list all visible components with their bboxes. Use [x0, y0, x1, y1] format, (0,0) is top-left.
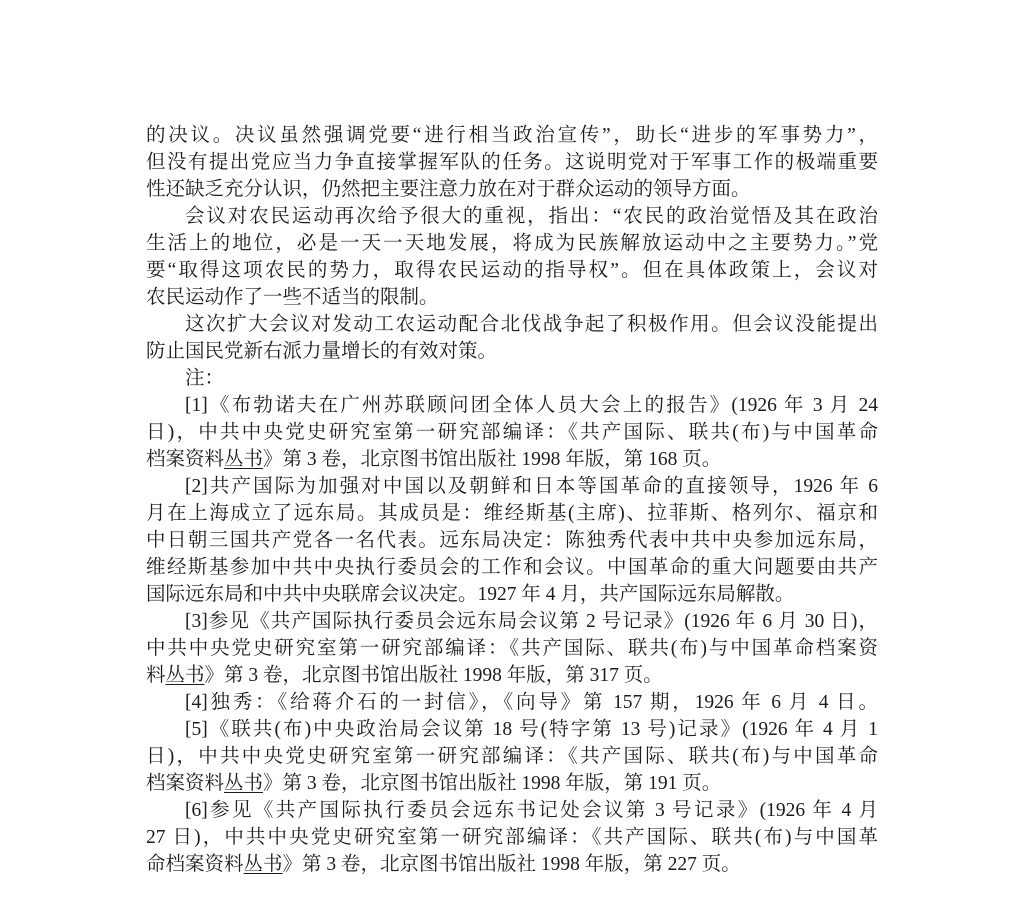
text-line: [1]《布勃诺夫在广州苏联顾问团全体人员大会上的报告》(1926 年 3 月 2… — [146, 392, 878, 419]
text-line: 日)，中共中央党史研究室第一研究部编译：《共产国际、联共(布)与中国革命 — [146, 419, 878, 446]
text-segment: 》第 3 卷，北京图书馆出版社 1998 年版，第 317 页。 — [205, 665, 663, 686]
text-segment: [1]《布勃诺夫在广州苏联顾问团全体人员大会上的报告》(1926 年 3 月 2… — [185, 395, 878, 416]
text-line: [3]参见《共产国际执行委员会远东局会议第 2 号记录》(1926 年 6 月 … — [146, 608, 878, 635]
document-page: 的决议。决议虽然强调党要“进行相当政治宣传”，助长“进步的军事势力”，但没有提出… — [0, 0, 1024, 904]
text-segment: [3]参见《共产国际执行委员会远东局会议第 2 号记录》(1926 年 6 月 … — [185, 611, 878, 632]
text-segment: 》第 3 卷，北京图书馆出版社 1998 年版，第 227 页。 — [283, 854, 741, 875]
text-segment: 生活上的地位，必是一天一天地发展，将成为民族解放运动中之主要势力。”党 — [146, 233, 878, 254]
text-segment: 日)，中共中央党史研究室第一研究部编译：《共产国际、联共(布)与中国革命 — [146, 746, 878, 767]
text-line: 性还缺乏充分认识，仍然把主要注意力放在对于群众运动的领导方面。 — [146, 176, 878, 203]
text-line: 月在上海成立了远东局。其成员是：维经斯基(主席)、拉菲斯、格列尔、福京和 — [146, 500, 878, 527]
series-name-underlined: 丛书 — [244, 854, 283, 875]
text-segment: 日)，中共中央党史研究室第一研究部编译：《共产国际、联共(布)与中国革命 — [146, 422, 878, 443]
text-segment: [4]独秀：《给蒋介石的一封信》，《向导》第 157 期，1926 年 6 月 … — [185, 692, 878, 713]
text-segment: 国际远东局和中共中央联席会议决定。1927 年 4 月，共产国际远东局解散。 — [146, 584, 794, 605]
text-segment: 注： — [185, 368, 224, 389]
text-line: 档案资料丛书》第 3 卷，北京图书馆出版社 1998 年版，第 191 页。 — [146, 770, 878, 797]
text-segment: 月在上海成立了远东局。其成员是：维经斯基(主席)、拉菲斯、格列尔、福京和 — [146, 503, 878, 524]
text-segment: 料 — [146, 665, 166, 686]
text-segment: 档案资料 — [146, 773, 224, 794]
text-line: 27 日)，中共中央党史研究室第一研究部编译：《共产国际、联共(布)与中国革 — [146, 824, 878, 851]
text-segment: 性还缺乏充分认识，仍然把主要注意力放在对于群众运动的领导方面。 — [146, 179, 751, 200]
text-segment: [2]共产国际为加强对中国以及朝鲜和日本等国革命的直接领导，1926 年 6 — [185, 476, 878, 497]
text-segment: 但没有提出党应当力争直接掌握军队的任务。这说明党对于军事工作的极端重要 — [146, 152, 878, 173]
text-line: 要“取得这项农民的势力，取得农民运动的指导权”。但在具体政策上，会议对 — [146, 257, 878, 284]
text-segment: 》第 3 卷，北京图书馆出版社 1998 年版，第 168 页。 — [263, 449, 721, 470]
text-line: 国际远东局和中共中央联席会议决定。1927 年 4 月，共产国际远东局解散。 — [146, 581, 878, 608]
series-name-underlined: 丛书 — [166, 665, 205, 686]
text-line: [4]独秀：《给蒋介石的一封信》，《向导》第 157 期，1926 年 6 月 … — [146, 689, 878, 716]
text-segment: 农民运动作了一些不适当的限制。 — [146, 287, 439, 308]
text-line: 日)，中共中央党史研究室第一研究部编译：《共产国际、联共(布)与中国革命 — [146, 743, 878, 770]
text-line: 农民运动作了一些不适当的限制。 — [146, 284, 878, 311]
text-segment: 》第 3 卷，北京图书馆出版社 1998 年版，第 191 页。 — [263, 773, 721, 794]
text-segment: [6]参见《共产国际执行委员会远东书记处会议第 3 号记录》(1926 年 4 … — [185, 800, 878, 821]
text-segment: 维经斯基参加中共中央执行委员会的工作和会议。中国革命的重大问题要由共产 — [146, 557, 878, 578]
text-line: 这次扩大会议对发动工农运动配合北伐战争起了积极作用。但会议没能提出 — [146, 311, 878, 338]
text-segment: 命档案资料 — [146, 854, 244, 875]
text-segment: 档案资料 — [146, 449, 224, 470]
text-line: [2]共产国际为加强对中国以及朝鲜和日本等国革命的直接领导，1926 年 6 — [146, 473, 878, 500]
text-segment: 这次扩大会议对发动工农运动配合北伐战争起了积极作用。但会议没能提出 — [185, 314, 878, 335]
text-line: 防止国民党新右派力量增长的有效对策。 — [146, 338, 878, 365]
text-line: 命档案资料丛书》第 3 卷，北京图书馆出版社 1998 年版，第 227 页。 — [146, 851, 878, 878]
text-column: 的决议。决议虽然强调党要“进行相当政治宣传”，助长“进步的军事势力”，但没有提出… — [146, 122, 878, 878]
text-segment: 防止国民党新右派力量增长的有效对策。 — [146, 341, 497, 362]
text-segment: 中共中央党史研究室第一研究部编译：《共产国际、联共(布)与中国革命档案资 — [146, 638, 878, 659]
text-line: 的决议。决议虽然强调党要“进行相当政治宣传”，助长“进步的军事势力”， — [146, 122, 878, 149]
text-segment: 27 日)，中共中央党史研究室第一研究部编译：《共产国际、联共(布)与中国革 — [146, 827, 878, 848]
text-line: 会议对农民运动再次给予很大的重视，指出：“农民的政治觉悟及其在政治 — [146, 203, 878, 230]
text-line: 生活上的地位，必是一天一天地发展，将成为民族解放运动中之主要势力。”党 — [146, 230, 878, 257]
text-segment: 中日朝三国共产党各一名代表。远东局决定：陈独秀代表中共中央参加远东局， — [146, 530, 878, 551]
text-segment: 要“取得这项农民的势力，取得农民运动的指导权”。但在具体政策上，会议对 — [146, 260, 878, 281]
text-line: 维经斯基参加中共中央执行委员会的工作和会议。中国革命的重大问题要由共产 — [146, 554, 878, 581]
text-line: [5]《联共(布)中央政治局会议第 18 号(特字第 13 号)记录》(1926… — [146, 716, 878, 743]
text-segment: [5]《联共(布)中央政治局会议第 18 号(特字第 13 号)记录》(1926… — [185, 719, 878, 740]
text-line: [6]参见《共产国际执行委员会远东书记处会议第 3 号记录》(1926 年 4 … — [146, 797, 878, 824]
text-line: 注： — [146, 365, 878, 392]
text-line: 中日朝三国共产党各一名代表。远东局决定：陈独秀代表中共中央参加远东局， — [146, 527, 878, 554]
series-name-underlined: 丛书 — [224, 773, 263, 794]
series-name-underlined: 丛书 — [224, 449, 263, 470]
text-line: 但没有提出党应当力争直接掌握军队的任务。这说明党对于军事工作的极端重要 — [146, 149, 878, 176]
text-line: 料丛书》第 3 卷，北京图书馆出版社 1998 年版，第 317 页。 — [146, 662, 878, 689]
text-segment: 会议对农民运动再次给予很大的重视，指出：“农民的政治觉悟及其在政治 — [185, 206, 878, 227]
text-line: 中共中央党史研究室第一研究部编译：《共产国际、联共(布)与中国革命档案资 — [146, 635, 878, 662]
text-line: 档案资料丛书》第 3 卷，北京图书馆出版社 1998 年版，第 168 页。 — [146, 446, 878, 473]
text-segment: 的决议。决议虽然强调党要“进行相当政治宣传”，助长“进步的军事势力”， — [146, 125, 878, 146]
